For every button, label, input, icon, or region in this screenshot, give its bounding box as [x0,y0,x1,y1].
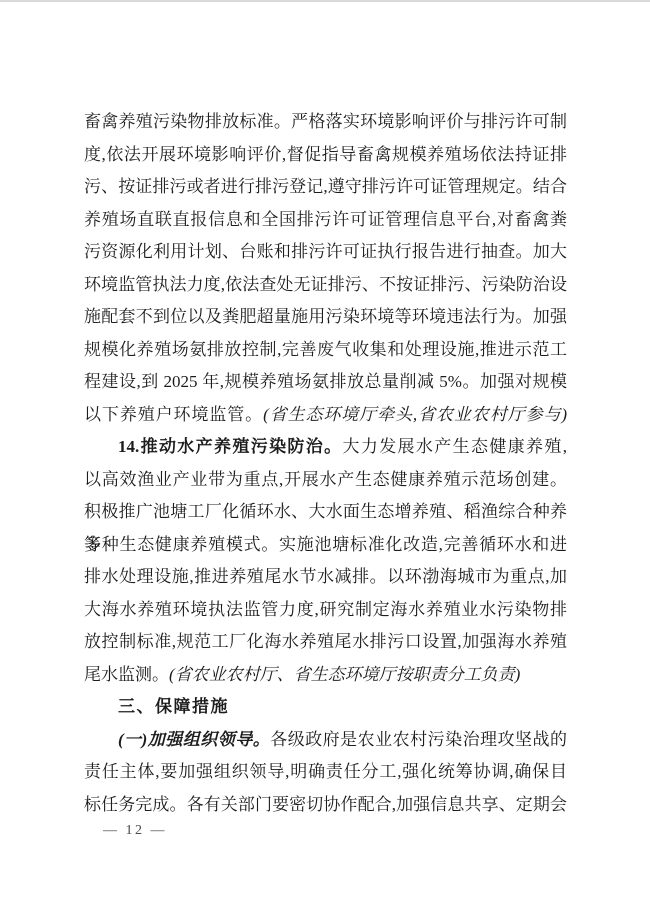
text-line: 以高效渔业产业带为重点,开展水产生态健康养殖示范场创建。 [84,464,567,497]
text-line: 放控制标准,规范工厂化海水养殖尾水排污口设置,加强海水养殖 [84,626,567,659]
text-line: 14.推动水产养殖污染防治。大力发展水产生态健康养殖, [84,431,567,464]
text-line: 大海水养殖环境执法监管力度,研究制定海水养殖业水污染物排 [84,594,567,627]
text-line: (一)加强组织领导。各级政府是农业农村污染治理攻坚战的 [84,724,567,757]
page-top-edge [0,0,650,2]
text-segment-body: 度,依法开展环境影响评价,督促指导畜禽规模养殖场依法持证排 [84,145,567,164]
text-line: 畜禽养殖污染物排放标准。严格落实环境影响评价与排污许可制 [84,106,567,139]
text-segment-body: 责任主体,要加强组织领导,明确责任分工,强化统筹协调,确保目 [84,762,567,781]
text-segment-body: 以下养殖户环境监管。 [84,405,263,424]
text-segment-body: 排水处理设施,推进养殖尾水节水减排。以环渤海城市为重点,加 [84,567,567,586]
text-segment-body: 大海水养殖环境执法监管力度,研究制定海水养殖业水污染物排 [84,600,567,619]
text-segment-body: 以高效渔业产业带为重点,开展水产生态健康养殖示范场创建。 [84,470,567,489]
text-line: 排水处理设施,推进养殖尾水节水减排。以环渤海城市为重点,加 [84,561,567,594]
text-line: 施配套不到位以及粪肥超量施用污染环境等环境违法行为。加强 [84,301,567,334]
text-line: 环境监管执法力度,依法查处无证排污、不按证排污、污染防治设 [84,269,567,302]
text-line: 污资源化利用计划、台账和排污许可证执行报告进行抽查。加大 [84,236,567,269]
text-segment-kaiti: (省农业农村厅、省生态环境厅按职责分工负责) [169,665,520,684]
text-segment-kaiti: (省生态环境厅牵头,省农业农村厅参与) [263,405,567,424]
text-segment-body: 大力发展水产生态健康养殖, [343,437,568,456]
text-line: 积极推广池塘工厂化循环水、大水面生态增养殖、稻渔综合种养等 [84,496,567,529]
text-segment-body: 施配套不到位以及粪肥超量施用污染环境等环境违法行为。加强 [84,307,567,326]
text-segment-kaiti-bold: (一)加强组织领导。 [118,730,270,749]
text-segment-body: 程建设,到 2025 年,规模养殖场氨排放总量削减 5%。加强对规模 [84,372,567,391]
text-segment-body: 污资源化利用计划、台账和排污许可证执行报告进行抽查。加大 [84,242,567,261]
text-line: 度,依法开展环境影响评价,督促指导畜禽规模养殖场依法持证排 [84,139,567,172]
text-segment-body: 多种生态健康养殖模式。实施池塘标准化改造,完善循环水和进 [84,535,567,554]
text-line: 规模化养殖场氨排放控制,完善废气收集和处理设施,推进示范工 [84,334,567,367]
text-segment-body: 放控制标准,规范工厂化海水养殖尾水排污口设置,加强海水养殖 [84,632,567,651]
document-body: 畜禽养殖污染物排放标准。严格落实环境影响评价与排污许可制度,依法开展环境影响评价… [84,106,567,821]
text-line: 养殖场直联直报信息和全国排污许可证管理信息平台,对畜禽粪 [84,204,567,237]
text-segment-body: 规模化养殖场氨排放控制,完善废气收集和处理设施,推进示范工 [84,340,567,359]
page-number: — 12 — [103,823,167,839]
text-segment-body: 尾水监测。 [84,665,169,684]
text-line: 以下养殖户环境监管。(省生态环境厅牵头,省农业农村厅参与) [84,399,567,432]
text-line: 三、保障措施 [84,691,567,724]
text-segment-bold: 14.推动水产养殖污染防治。 [118,437,343,456]
text-line: 标任务完成。各有关部门要密切协作配合,加强信息共享、定期会 [84,789,567,822]
text-segment-body: 污、按证排污或者进行排污登记,遵守排污许可证管理规定。结合 [84,177,567,196]
text-line: 责任主体,要加强组织领导,明确责任分工,强化统筹协调,确保目 [84,756,567,789]
text-segment-body: 畜禽养殖污染物排放标准。严格落实环境影响评价与排污许可制 [84,112,567,131]
text-line: 程建设,到 2025 年,规模养殖场氨排放总量削减 5%。加强对规模 [84,366,567,399]
text-segment-body: 环境监管执法力度,依法查处无证排污、不按证排污、污染防治设 [84,275,567,294]
text-segment-body: 养殖场直联直报信息和全国排污许可证管理信息平台,对畜禽粪 [84,210,567,229]
document-page: 畜禽养殖污染物排放标准。严格落实环境影响评价与排污许可制度,依法开展环境影响评价… [0,0,650,919]
text-line: 尾水监测。(省农业农村厅、省生态环境厅按职责分工负责) [84,659,567,692]
text-line: 污、按证排污或者进行排污登记,遵守排污许可证管理规定。结合 [84,171,567,204]
text-segment-body: 标任务完成。各有关部门要密切协作配合,加强信息共享、定期会 [84,795,567,814]
text-segment-body: 各级政府是农业农村污染治理攻坚战的 [270,730,567,749]
text-segment-hei: 三、保障措施 [118,697,229,716]
text-line: 多种生态健康养殖模式。实施池塘标准化改造,完善循环水和进 [84,529,567,562]
